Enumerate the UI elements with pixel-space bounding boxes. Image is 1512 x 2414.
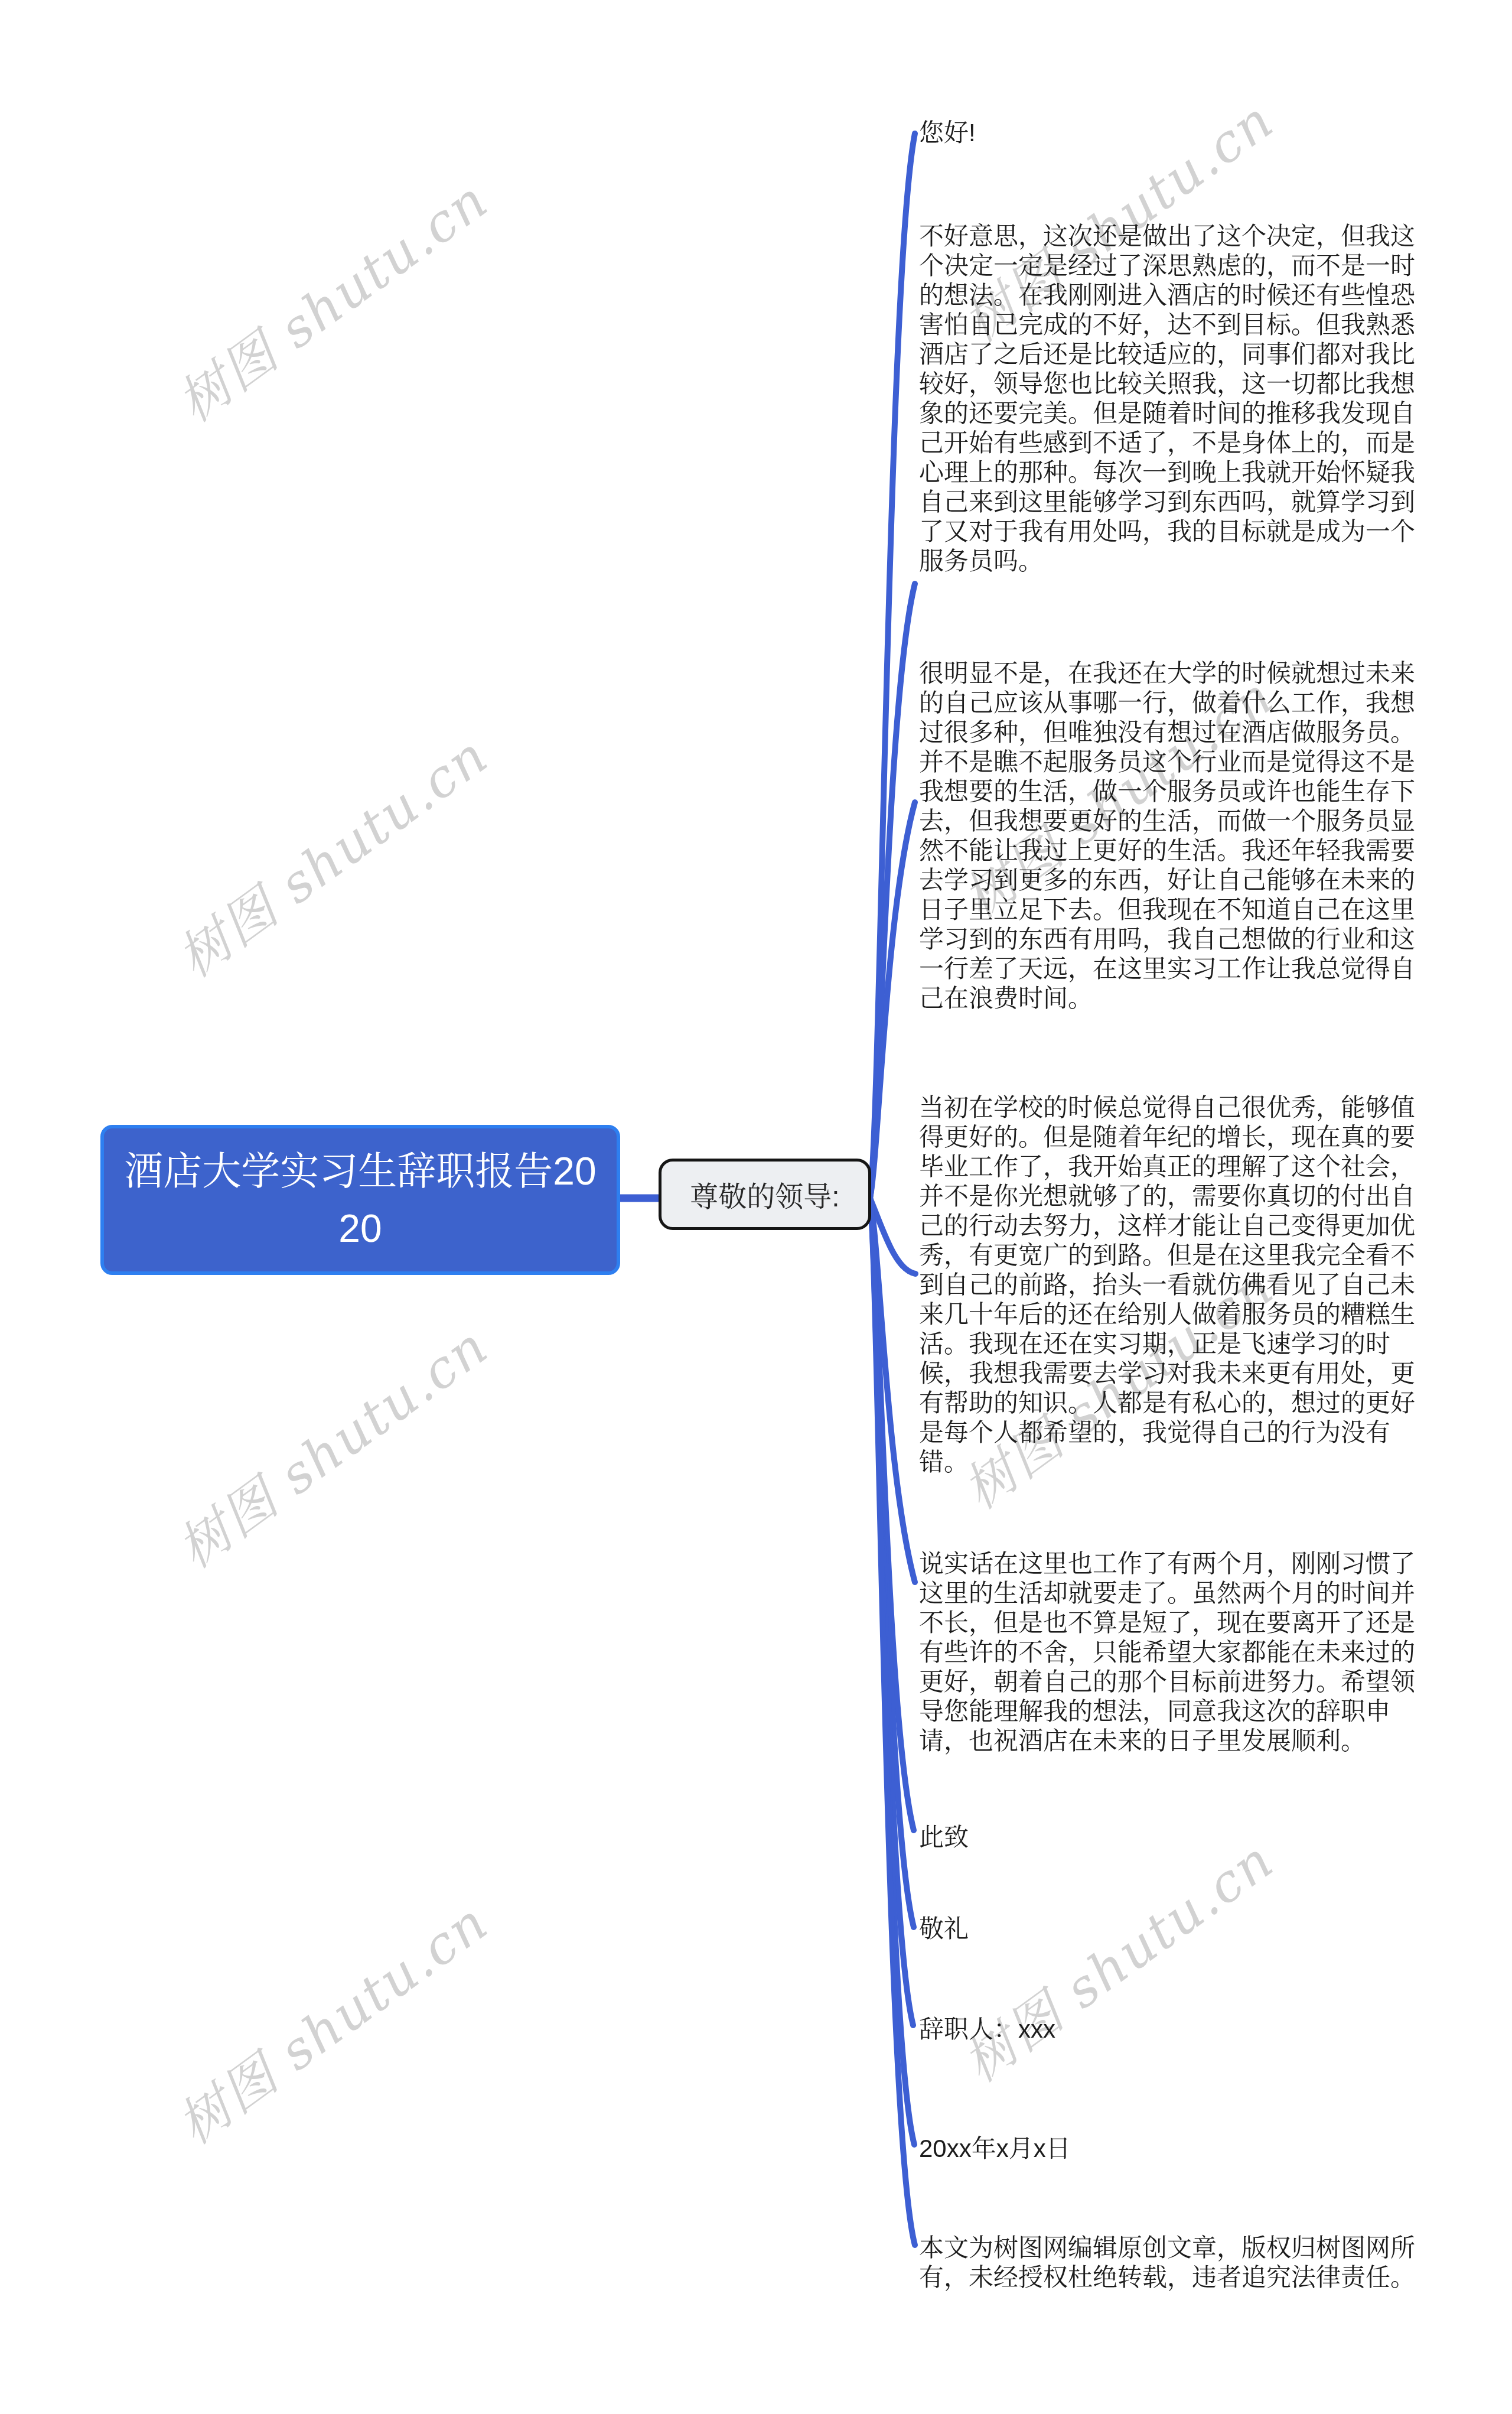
text-block-closing[interactable]: 此致 — [919, 1823, 1425, 1852]
text-block-paragraph-1[interactable]: 不好意思，这次还是做出了这个决定，但我这个决定一定是经过了深思熟虑的，而不是一时… — [919, 222, 1425, 576]
text-block-paragraph-4[interactable]: 说实话在这里也工作了有两个月，刚刚习惯了这里的生活却就要走了。虽然两个月的时间并… — [919, 1549, 1425, 1756]
text-block-salute[interactable]: 敬礼 — [919, 1914, 1425, 1944]
leader-subtopic-node[interactable]: 尊敬的领导: — [659, 1159, 871, 1230]
connector-greeting — [870, 134, 915, 1198]
mindmap-canvas: 树图 shutu.cn 树图 shutu.cn 树图 shutu.cn 树图 s… — [0, 0, 1512, 2414]
text-block-greeting[interactable]: 您好! — [919, 118, 1425, 148]
root-topic-node[interactable]: 酒店大学实习生辞职报告2020 — [100, 1125, 620, 1275]
text-block-date[interactable]: 20xx年x月x日 — [919, 2134, 1425, 2164]
text-block-signature[interactable]: 辞职人：xxx — [919, 2015, 1425, 2044]
text-block-paragraph-3[interactable]: 当初在学校的时候总觉得自己很优秀，能够值得更好的。但是随着年纪的增长，现在真的要… — [919, 1093, 1425, 1477]
text-block-paragraph-2[interactable]: 很明显不是，在我还在大学的时候就想过未来的自己应该从事哪一行，做着什么工作，我想… — [919, 659, 1425, 1013]
text-block-copyright[interactable]: 本文为树图网编辑原创文章，版权归树图网所有，未经授权杜绝转载，违者追究法律责任。 — [919, 2233, 1425, 2292]
